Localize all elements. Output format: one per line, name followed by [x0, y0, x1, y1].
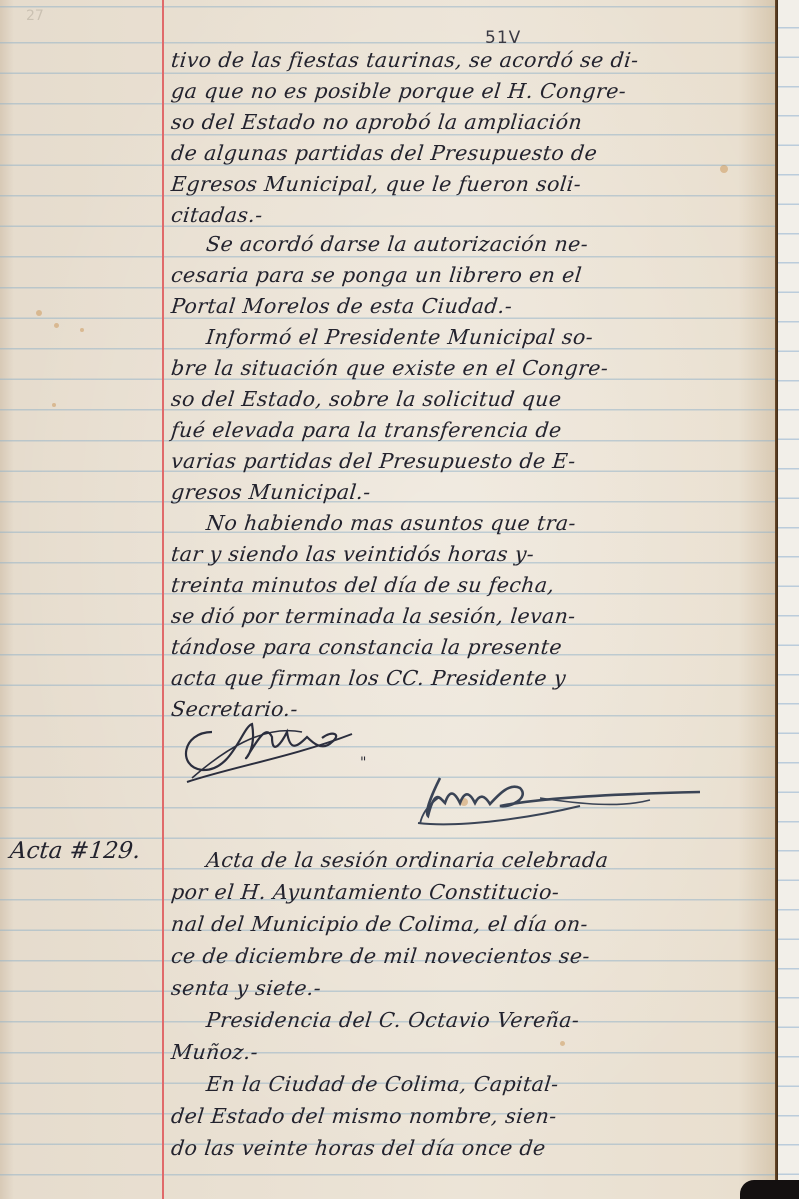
text-line: cesaria para se ponga un librero en el [170, 263, 773, 287]
text-line: bre la situación que existe en el Congre… [170, 356, 773, 380]
text-line: tivo de las fiestas taurinas, se acordó … [170, 48, 773, 72]
text-line: No habiendo mas asuntos que tra- [205, 511, 799, 535]
text-line: citadas.- [170, 203, 773, 227]
ghost-page-number: 27 [26, 8, 44, 24]
binding-shadow [740, 1180, 799, 1199]
text-line: gresos Municipal.- [170, 480, 773, 504]
text-line: Se acordó darse la autorización ne- [205, 232, 799, 256]
text-line: ce de diciembre de mil novecientos se- [170, 944, 773, 968]
ledger-page: 27 51V tivo de las fiestas taurinas, se … [0, 0, 777, 1199]
foxing-stain [36, 310, 42, 316]
text-line: acta que firman los CC. Presidente y [170, 666, 773, 690]
signature-president [172, 712, 372, 792]
text-line: de algunas partidas del Presupuesto de [170, 141, 773, 165]
folio-number: 51V [485, 28, 521, 48]
foxing-stain [54, 323, 59, 328]
text-line: del Estado del mismo nombre, sien- [170, 1104, 773, 1128]
text-line: Informó el Presidente Municipal so- [205, 325, 799, 349]
text-line: ga que no es posible porque el H. Congre… [170, 79, 773, 103]
foxing-stain [52, 403, 56, 407]
text-line: nal del Municipio de Colima, el día on- [170, 912, 773, 936]
text-line: tar y siendo las veintidós horas y- [170, 542, 773, 566]
text-line: Egresos Municipal, que le fueron soli- [170, 172, 773, 196]
acta-number-label: Acta #129. [9, 838, 142, 864]
text-line: Portal Morelos de esta Ciudad.- [170, 294, 773, 318]
text-line: fué elevada para la transferencia de [170, 418, 773, 442]
underlying-page [778, 0, 799, 1199]
text-line: so del Estado no aprobó la ampliación [170, 110, 773, 134]
text-line: senta y siete.- [170, 976, 773, 1000]
text-line: Presidencia del C. Octavio Vereña- [205, 1008, 799, 1032]
text-line: Acta de la sesión ordinaria celebrada [205, 848, 799, 872]
text-line: do las veinte horas del día once de [170, 1136, 773, 1160]
text-line: so del Estado, sobre la solicitud que [170, 387, 773, 411]
text-line: treinta minutos del día de su fecha, [170, 573, 773, 597]
text-line: varias partidas del Presupuesto de E- [170, 449, 773, 473]
foxing-stain [80, 328, 84, 332]
ditto-mark: " [360, 755, 366, 771]
text-line: Muñoz.- [170, 1040, 773, 1064]
signature-secretary [410, 768, 700, 838]
text-line: por el H. Ayuntamiento Constitucio- [170, 880, 773, 904]
text-line: En la Ciudad de Colima, Capital- [205, 1072, 799, 1096]
text-line: tándose para constancia la presente [170, 635, 773, 659]
text-line: se dió por terminada la sesión, levan- [170, 604, 773, 628]
red-margin-line [162, 0, 164, 1199]
